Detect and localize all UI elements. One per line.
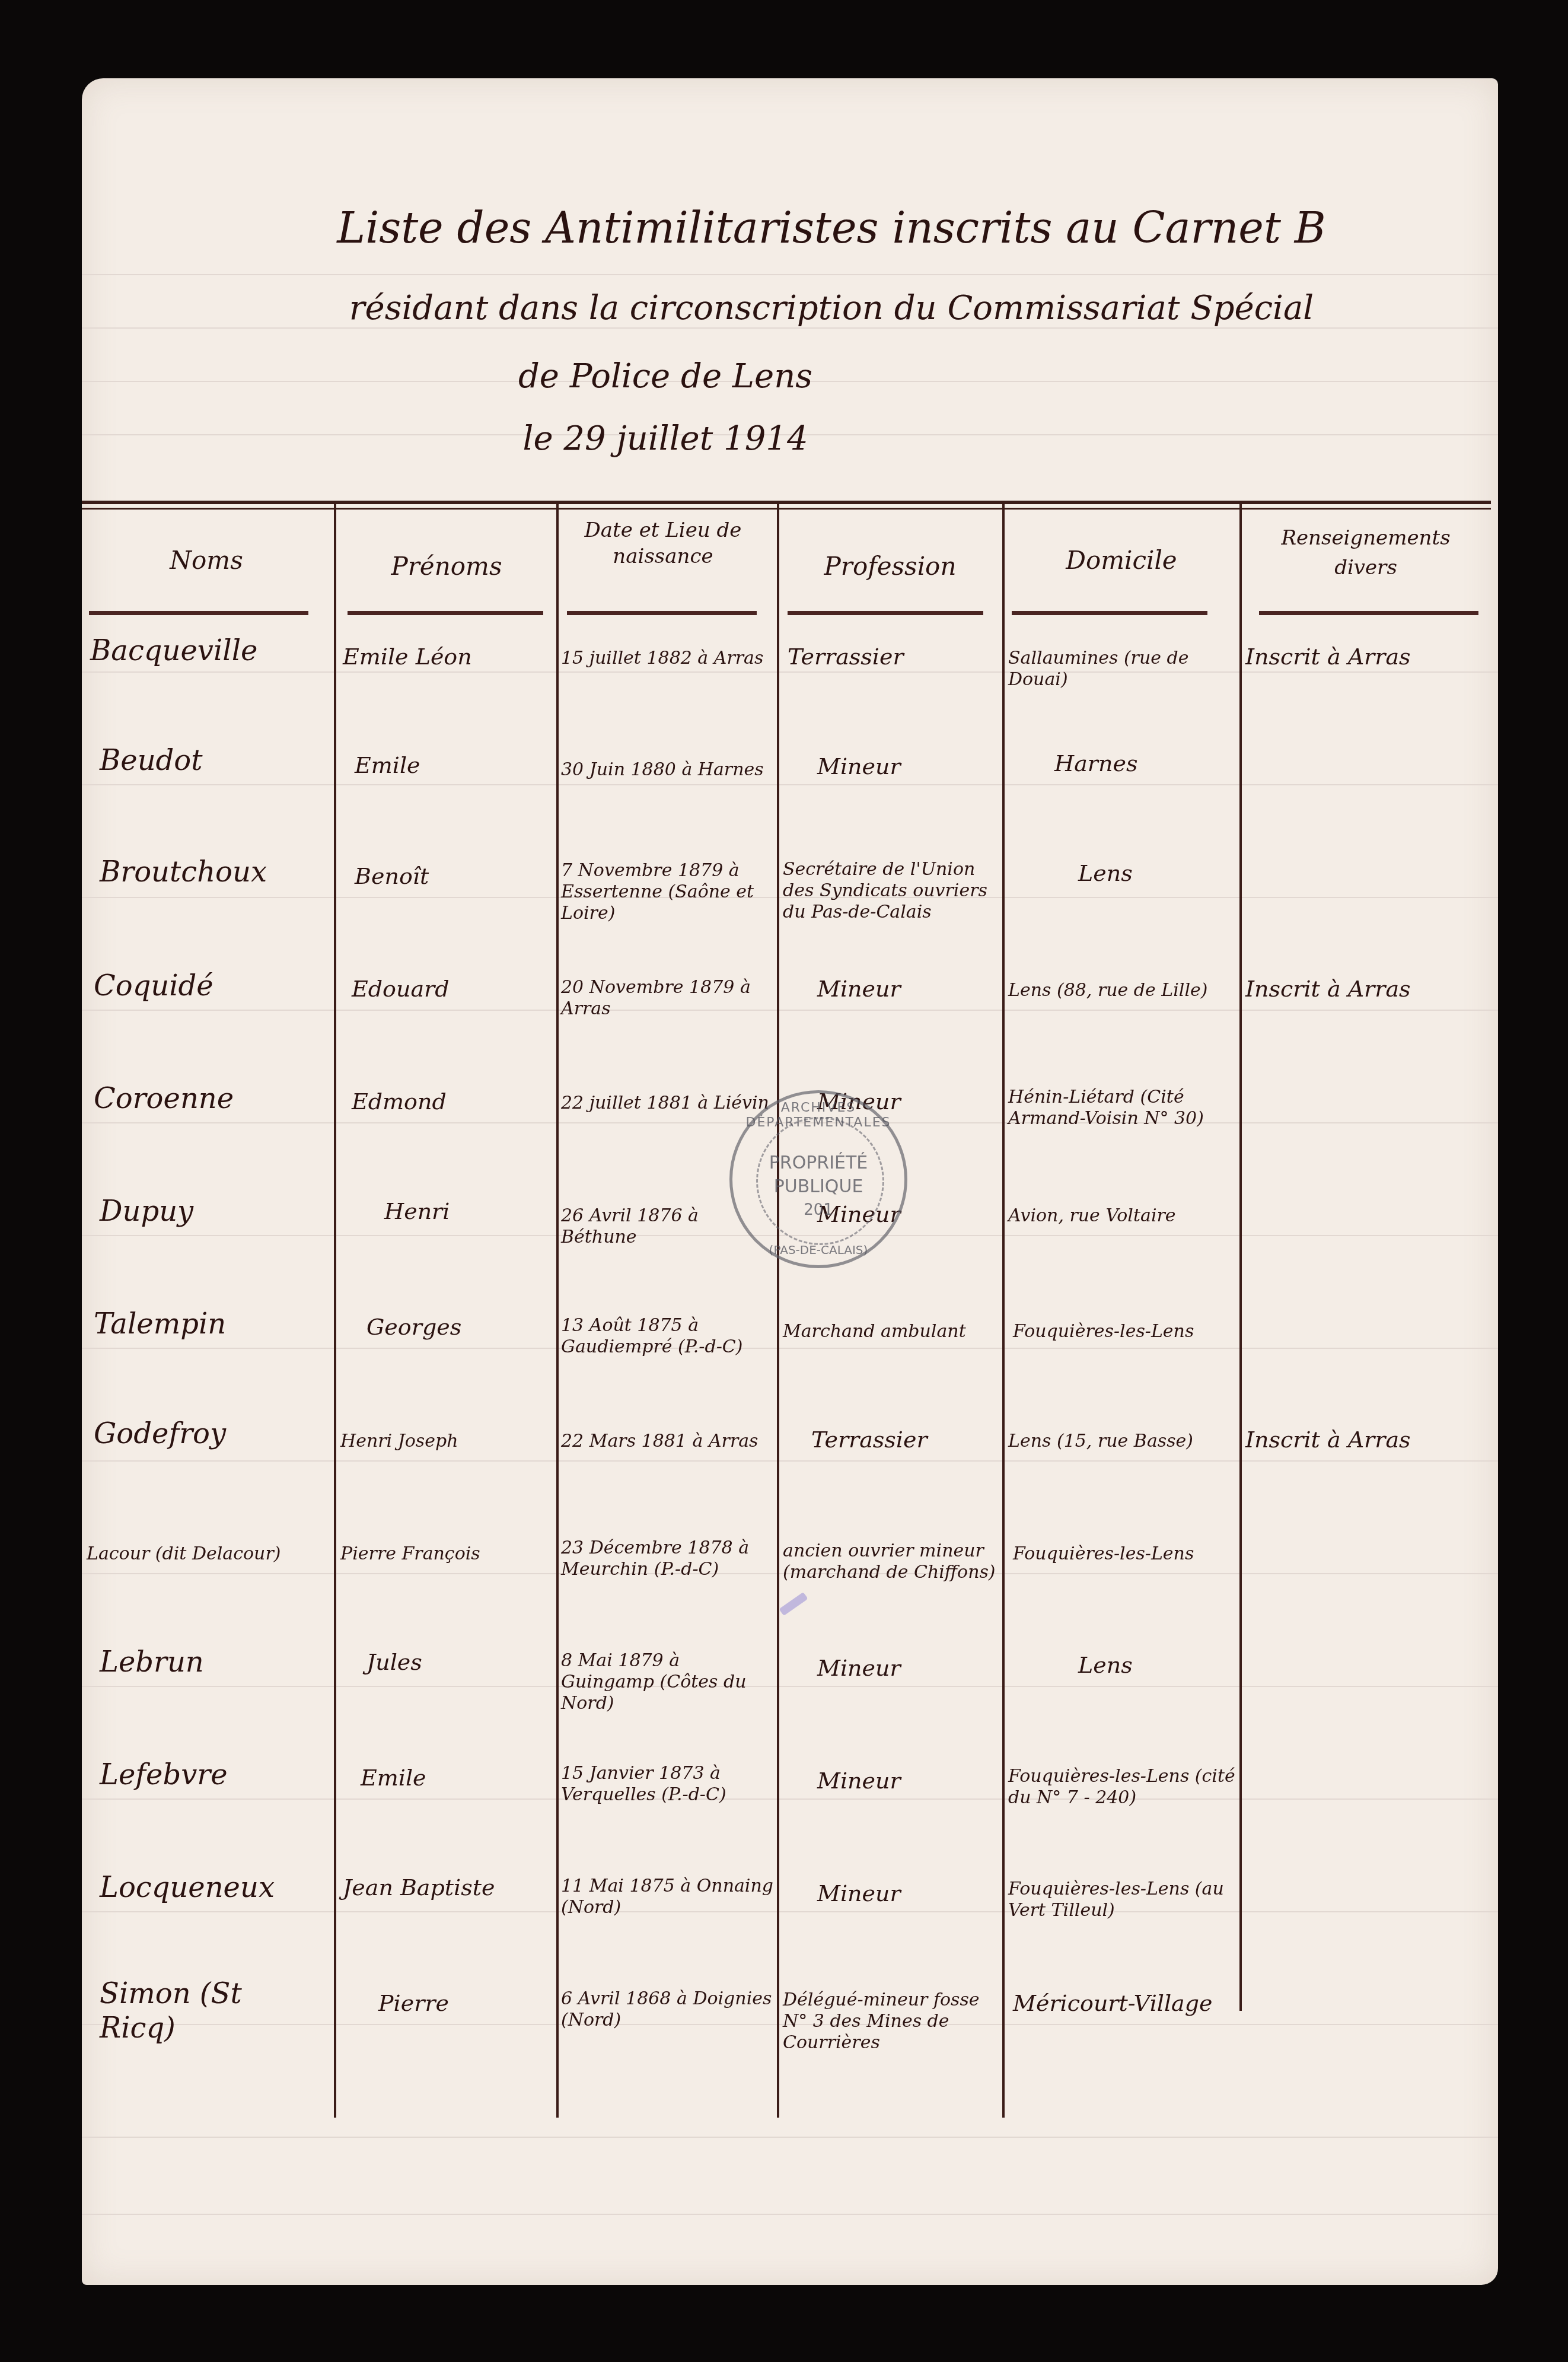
cell-nom: Lebrun bbox=[100, 1650, 204, 1674]
cell-naissance: 11 Mai 1875 à Onnaing (Nord) bbox=[561, 1876, 775, 1918]
title-line-3: de Police de Lens bbox=[0, 357, 1498, 396]
table-top-rule bbox=[82, 501, 1491, 504]
ruled-line bbox=[82, 274, 1498, 275]
cell-prenoms: Jules bbox=[366, 1650, 422, 1674]
header-prenoms: Prénoms bbox=[337, 553, 556, 580]
header-profession: Profession bbox=[780, 553, 1000, 580]
cell-domicile: Fouquières-les-Lens (cité du N° 7 - 240) bbox=[1008, 1766, 1239, 1809]
cell-nom: Bacqueville bbox=[90, 639, 257, 663]
header-domicile: Domicile bbox=[1006, 547, 1237, 574]
cell-naissance: 7 Novembre 1879 à Essertenne (Saône et L… bbox=[561, 860, 775, 924]
cell-nom: Simon (St Ricq) bbox=[100, 1976, 278, 2045]
cell-naissance: 30 Juin 1880 à Harnes bbox=[561, 759, 775, 781]
cell-domicile: Fouquières-les-Lens bbox=[1013, 1543, 1238, 1565]
cell-naissance: 15 Janvier 1873 à Verquelles (P.-d-C) bbox=[561, 1763, 775, 1806]
stamp-bottom-text: (PAS-DE-CALAIS) bbox=[732, 1243, 904, 1257]
stamp-line-1: PROPRIÉTÉ bbox=[732, 1153, 904, 1173]
cell-domicile: Lens (15, rue Basse) bbox=[1008, 1431, 1239, 1452]
column-divider bbox=[334, 504, 336, 2118]
cell-domicile: Lens (88, rue de Lille) bbox=[1008, 980, 1239, 1001]
cell-nom: Coroenne bbox=[94, 1087, 234, 1110]
column-divider bbox=[1002, 504, 1005, 2118]
cell-profession: Mineur bbox=[817, 1769, 901, 1793]
ruled-line bbox=[82, 1348, 1498, 1349]
cell-prenoms: Edouard bbox=[352, 977, 450, 1001]
header-underline bbox=[348, 611, 543, 615]
cell-renseignements: Inscrit à Arras bbox=[1245, 1428, 1411, 1451]
cell-naissance: 22 Mars 1881 à Arras bbox=[561, 1431, 775, 1452]
cell-nom: Lefebvre bbox=[100, 1763, 228, 1787]
cell-prenoms: Emile bbox=[361, 1766, 426, 1790]
cell-naissance: 20 Novembre 1879 à Arras bbox=[561, 977, 775, 1020]
cell-profession: Mineur bbox=[817, 755, 901, 778]
header-underline bbox=[1259, 611, 1478, 615]
header-renseignements: Renseignements divers bbox=[1253, 523, 1478, 582]
cell-profession: Mineur bbox=[817, 1656, 901, 1680]
cell-profession: ancien ouvrier mineur (marchand de Chiff… bbox=[783, 1540, 1001, 1583]
header-underline bbox=[1012, 611, 1207, 615]
title-line-2: résidant dans la circonscription du Comm… bbox=[165, 289, 1498, 327]
cell-renseignements: Inscrit à Arras bbox=[1245, 645, 1411, 669]
cell-naissance: 13 Août 1875 à Gaudiempré (P.-d-C) bbox=[561, 1315, 775, 1358]
title-line-4-date: le 29 juillet 1914 bbox=[0, 419, 1498, 458]
cell-domicile: Avion, rue Voltaire bbox=[1008, 1205, 1239, 1227]
cell-domicile: Méricourt-Village bbox=[1013, 1991, 1213, 2015]
cell-nom: Coquidé bbox=[94, 974, 213, 998]
stamp-line-2: PUBLIQUE bbox=[732, 1176, 904, 1197]
cell-prenoms: Emile bbox=[355, 753, 420, 777]
cell-nom: Talempin bbox=[94, 1312, 226, 1336]
cell-profession: Terrassier bbox=[788, 645, 904, 669]
column-divider bbox=[777, 504, 779, 2118]
cell-domicile: Sallaumines (rue de Douai) bbox=[1008, 648, 1239, 690]
title-line-1: Liste des Antimilitaristes inscrits au C… bbox=[165, 203, 1498, 253]
cell-nom: Lacour (dit Delacour) bbox=[87, 1543, 336, 1565]
cell-naissance: 6 Avril 1868 à Doignies (Nord) bbox=[561, 1988, 775, 2031]
header-underline bbox=[788, 611, 983, 615]
cell-prenoms: Edmond bbox=[352, 1090, 447, 1113]
ruled-line bbox=[82, 1798, 1498, 1800]
ruled-line bbox=[82, 2214, 1498, 2215]
ruled-line bbox=[82, 2137, 1498, 2138]
cell-domicile: Harnes bbox=[1054, 752, 1137, 775]
header-naissance: Date et Lieu de naissance bbox=[574, 517, 752, 569]
column-divider bbox=[556, 504, 559, 2118]
cell-naissance: 23 Décembre 1878 à Meurchin (P.-d-C) bbox=[561, 1537, 775, 1580]
cell-profession: Terrassier bbox=[811, 1428, 928, 1451]
cell-prenoms: Emile Léon bbox=[343, 645, 472, 669]
ink-smudge bbox=[779, 1592, 808, 1616]
ruled-line bbox=[82, 784, 1498, 785]
cell-nom: Broutchoux bbox=[100, 860, 267, 884]
cell-profession: Marchand ambulant bbox=[783, 1321, 1001, 1342]
cell-prenoms: Pierre François bbox=[340, 1543, 480, 1565]
cell-profession: Secrétaire de l'Union des Syndicats ouvr… bbox=[783, 859, 1001, 923]
ruled-line bbox=[82, 1010, 1498, 1011]
cell-domicile: Fouquières-les-Lens (au Vert Tilleul) bbox=[1008, 1879, 1239, 1921]
ruled-line bbox=[82, 327, 1498, 329]
ruled-line bbox=[82, 1460, 1498, 1462]
header-noms: Noms bbox=[88, 547, 325, 574]
cell-domicile: Fouquières-les-Lens bbox=[1013, 1321, 1238, 1342]
cell-domicile: Lens bbox=[1078, 861, 1133, 885]
cell-profession: Mineur bbox=[817, 977, 901, 1001]
header-underline bbox=[567, 611, 757, 615]
archives-stamp: ARCHIVES DÉPARTEMENTALES PROPRIÉTÉ PUBLI… bbox=[729, 1090, 907, 1268]
cell-profession: Délégué-mineur fosse N° 3 des Mines de C… bbox=[783, 1989, 1001, 2054]
cell-nom: Dupuy bbox=[100, 1199, 193, 1223]
cell-domicile: Hénin-Liétard (Cité Armand-Voisin N° 30) bbox=[1008, 1087, 1239, 1129]
stamp-number: 201 bbox=[732, 1201, 904, 1219]
cell-prenoms: Jean Baptiste bbox=[343, 1876, 495, 1899]
cell-prenoms: Henri bbox=[384, 1199, 450, 1223]
cell-prenoms: Pierre bbox=[378, 1991, 449, 2015]
cell-prenoms: Henri Joseph bbox=[340, 1431, 458, 1452]
cell-prenoms: Georges bbox=[366, 1315, 461, 1339]
cell-naissance: 15 juillet 1882 à Arras bbox=[561, 648, 775, 669]
cell-profession: Mineur bbox=[817, 1882, 901, 1905]
cell-nom: Godefroy bbox=[94, 1422, 226, 1446]
ruled-line bbox=[82, 671, 1498, 673]
cell-naissance: 8 Mai 1879 à Guingamp (Côtes du Nord) bbox=[561, 1650, 775, 1714]
table-top-rule-2 bbox=[82, 508, 1491, 510]
ruled-line bbox=[82, 1686, 1498, 1687]
cell-nom: Beudot bbox=[100, 749, 203, 772]
header-underline bbox=[89, 611, 308, 615]
cell-renseignements: Inscrit à Arras bbox=[1245, 977, 1411, 1001]
cell-prenoms: Benoît bbox=[355, 864, 429, 888]
cell-domicile: Lens bbox=[1078, 1653, 1133, 1677]
column-divider bbox=[1239, 504, 1242, 2011]
stamp-ring-text: ARCHIVES DÉPARTEMENTALES bbox=[732, 1100, 904, 1130]
cell-nom: Locqueneux bbox=[100, 1876, 275, 1899]
ruled-line bbox=[82, 1911, 1498, 1912]
